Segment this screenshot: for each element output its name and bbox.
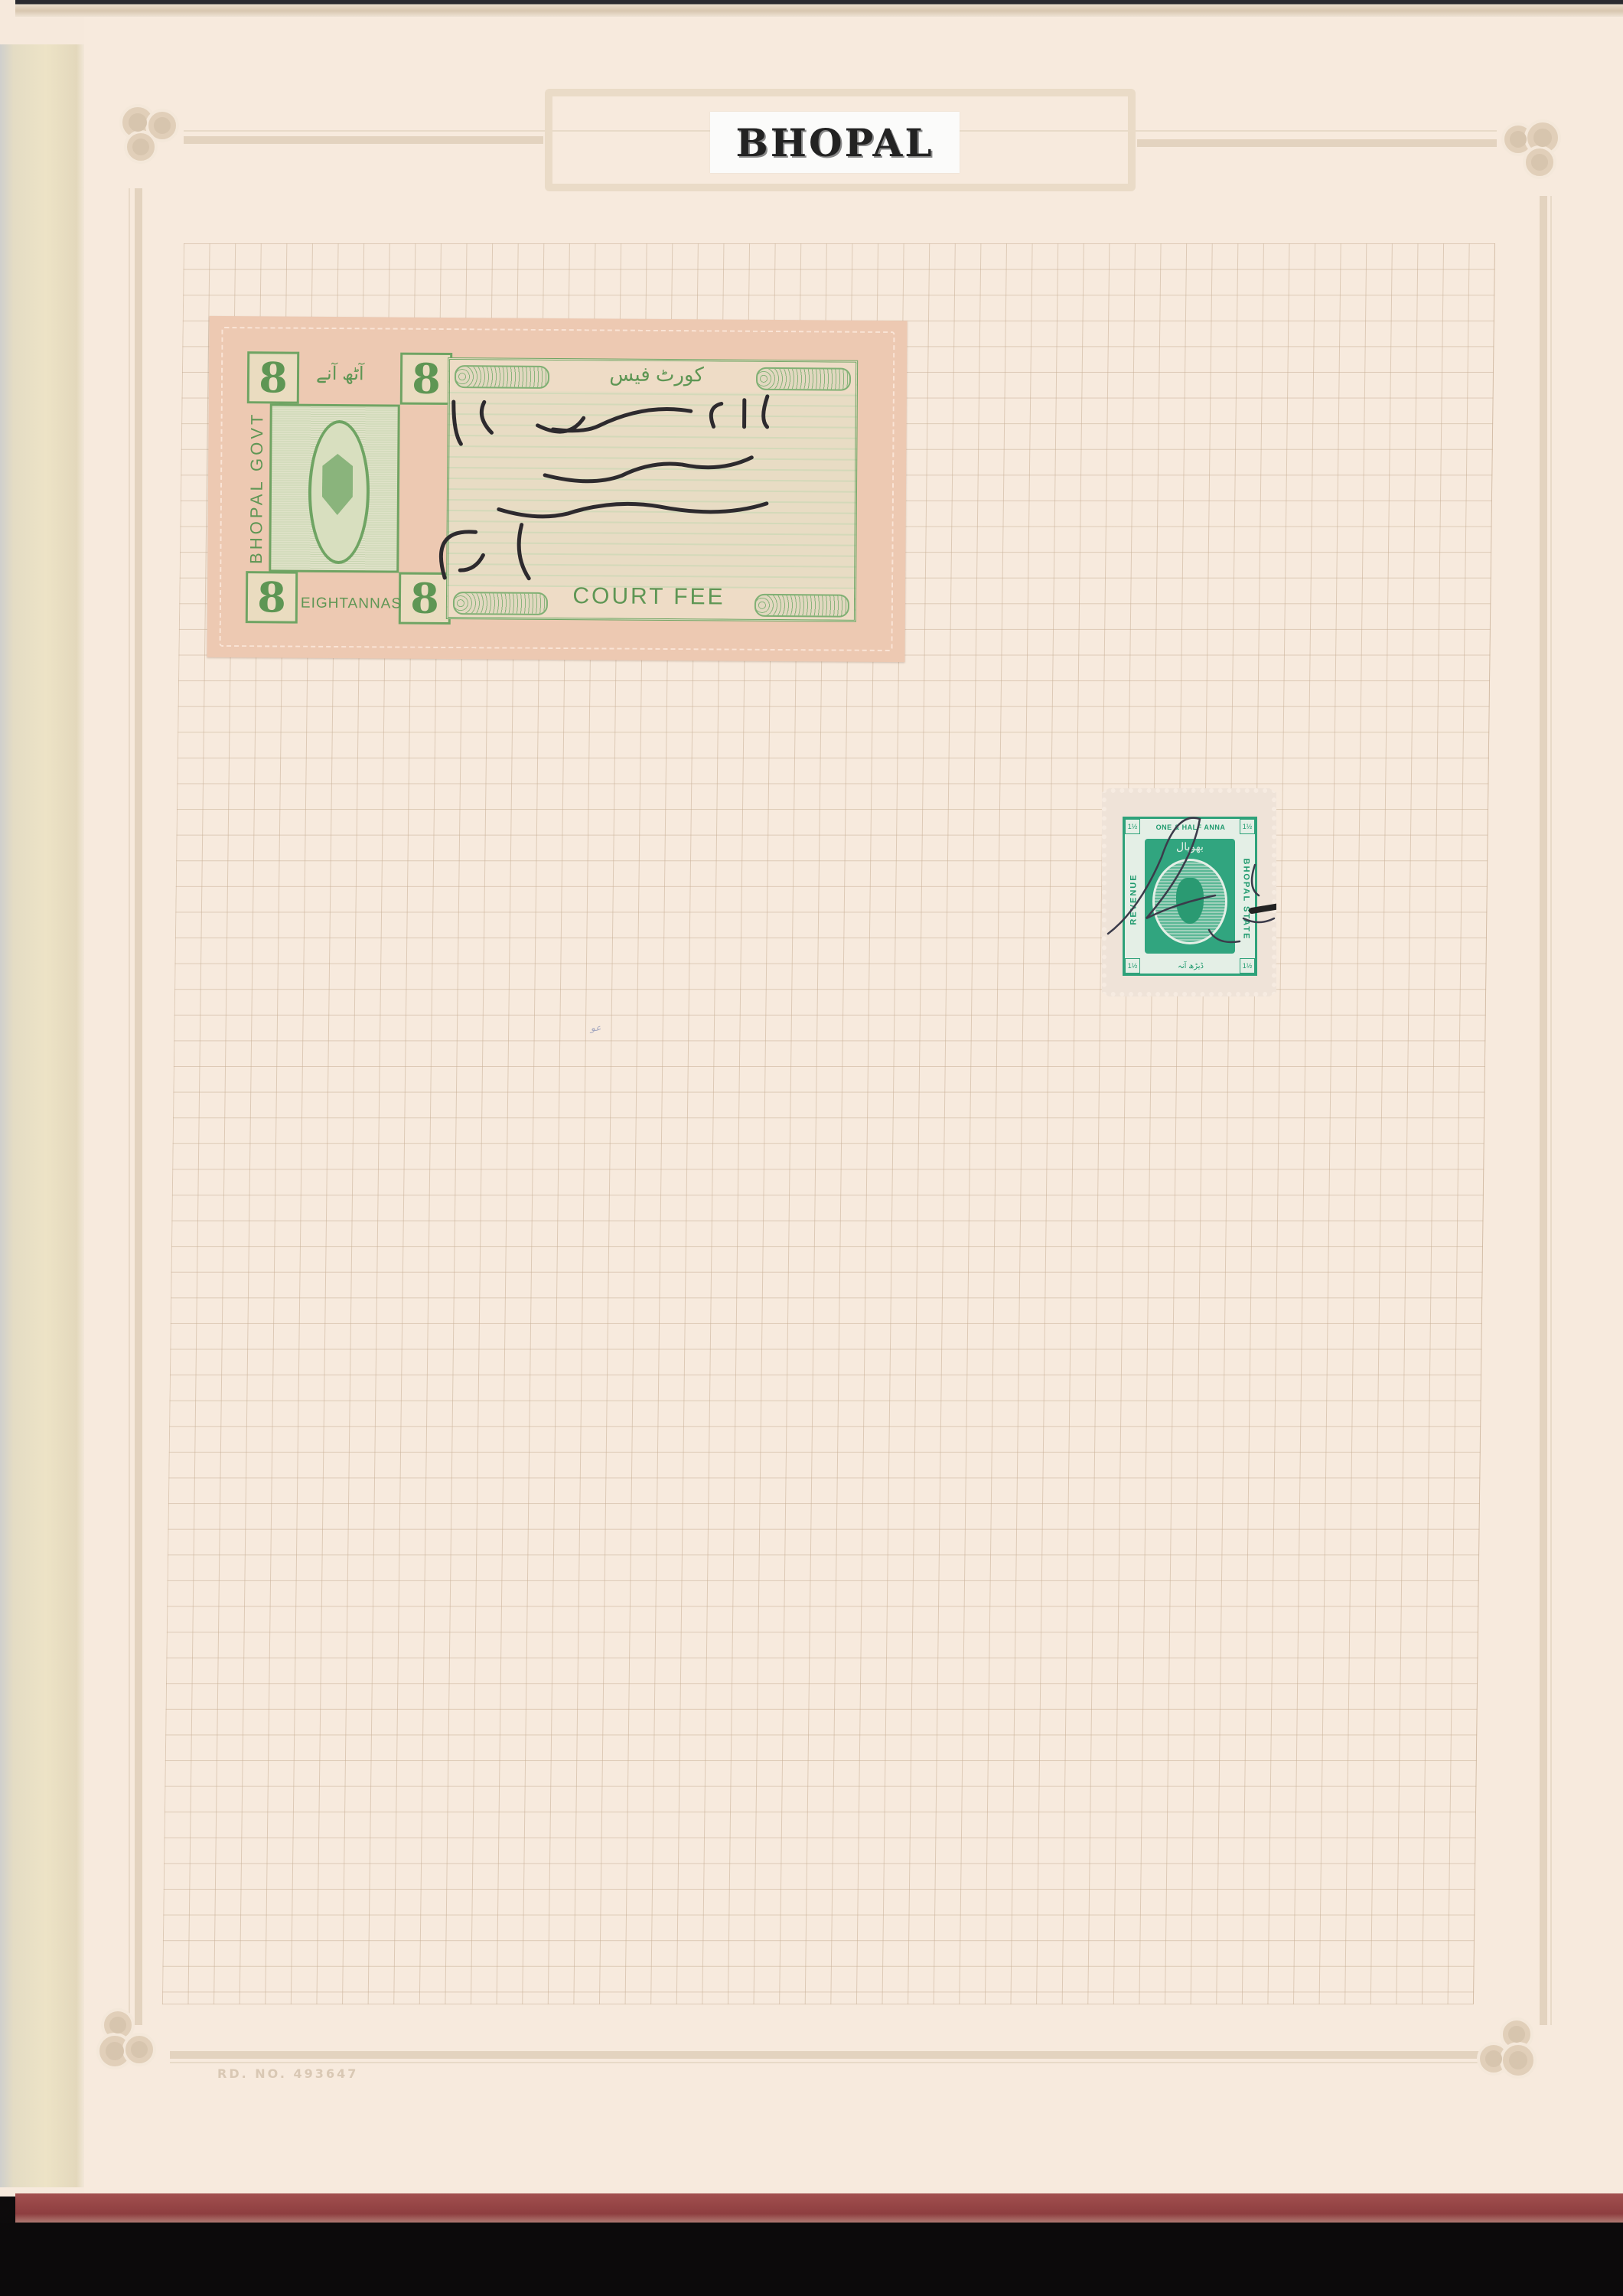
frame-left-rule: [135, 188, 142, 2025]
clover-ornament-top-right-icon: [1497, 115, 1566, 184]
coat-of-arms-icon: [322, 454, 354, 515]
country-title-label: BHOPAL: [710, 112, 960, 173]
urdu-denomination: آٹھ آنے: [316, 363, 364, 385]
registration-number: RD. NO. 493647: [217, 2066, 358, 2081]
revenue-stamp[interactable]: 1½ 1½ 1½ 1½ ONE & HALF ANNA REVENUE BHOP…: [1102, 788, 1276, 996]
frame-bottom-thin-rule: [170, 2062, 1494, 2063]
pencil-annotation: ﻋﻮ: [591, 1022, 601, 1033]
frame-bottom-rule: [170, 2051, 1494, 2059]
issuer-vertical-text: BHOPAL GOVT: [246, 403, 269, 572]
dark-background: [0, 2223, 1623, 2296]
crest-oval: [308, 420, 370, 565]
denomination-corner-bottom-left: 8: [246, 571, 298, 623]
clover-ornament-bottom-right-icon: [1472, 2014, 1541, 2083]
clover-ornament-bottom-left-icon: [92, 2005, 161, 2074]
clover-ornament-top-left-icon: [115, 99, 184, 168]
pen-cancellation-icon: [1102, 788, 1276, 996]
denomination-corner-top-left: 8: [247, 351, 299, 403]
rosette-band-icon: [754, 594, 849, 618]
page-stack-top-edge: [15, 0, 1623, 17]
frame-right-rule: [1540, 196, 1547, 2025]
rosette-band-icon: [453, 592, 548, 615]
frame-left-thin-rule: [129, 188, 130, 2025]
denomination-text: EIGHTANNAS: [301, 595, 402, 613]
manuscript-inscription-icon: [429, 379, 798, 595]
court-fee-stamp[interactable]: 8 8 8 8 آٹھ آنے BHOPAL GOVT EIGHTANNAS ک…: [207, 316, 907, 662]
crest-panel: [269, 403, 400, 572]
frame-top-right-rule: [1137, 139, 1497, 147]
binding-hinge-strip: [0, 44, 84, 2187]
frame-right-thin-rule: [1550, 196, 1552, 2025]
album-red-edge: [15, 2193, 1623, 2223]
country-title-text: BHOPAL: [736, 120, 934, 165]
frame-top-left-rule: [184, 136, 543, 144]
album-page: BHOPAL RD. NO. 493647 ﻋﻮ 8 8 8 8 آٹھ آنے…: [0, 0, 1623, 2197]
